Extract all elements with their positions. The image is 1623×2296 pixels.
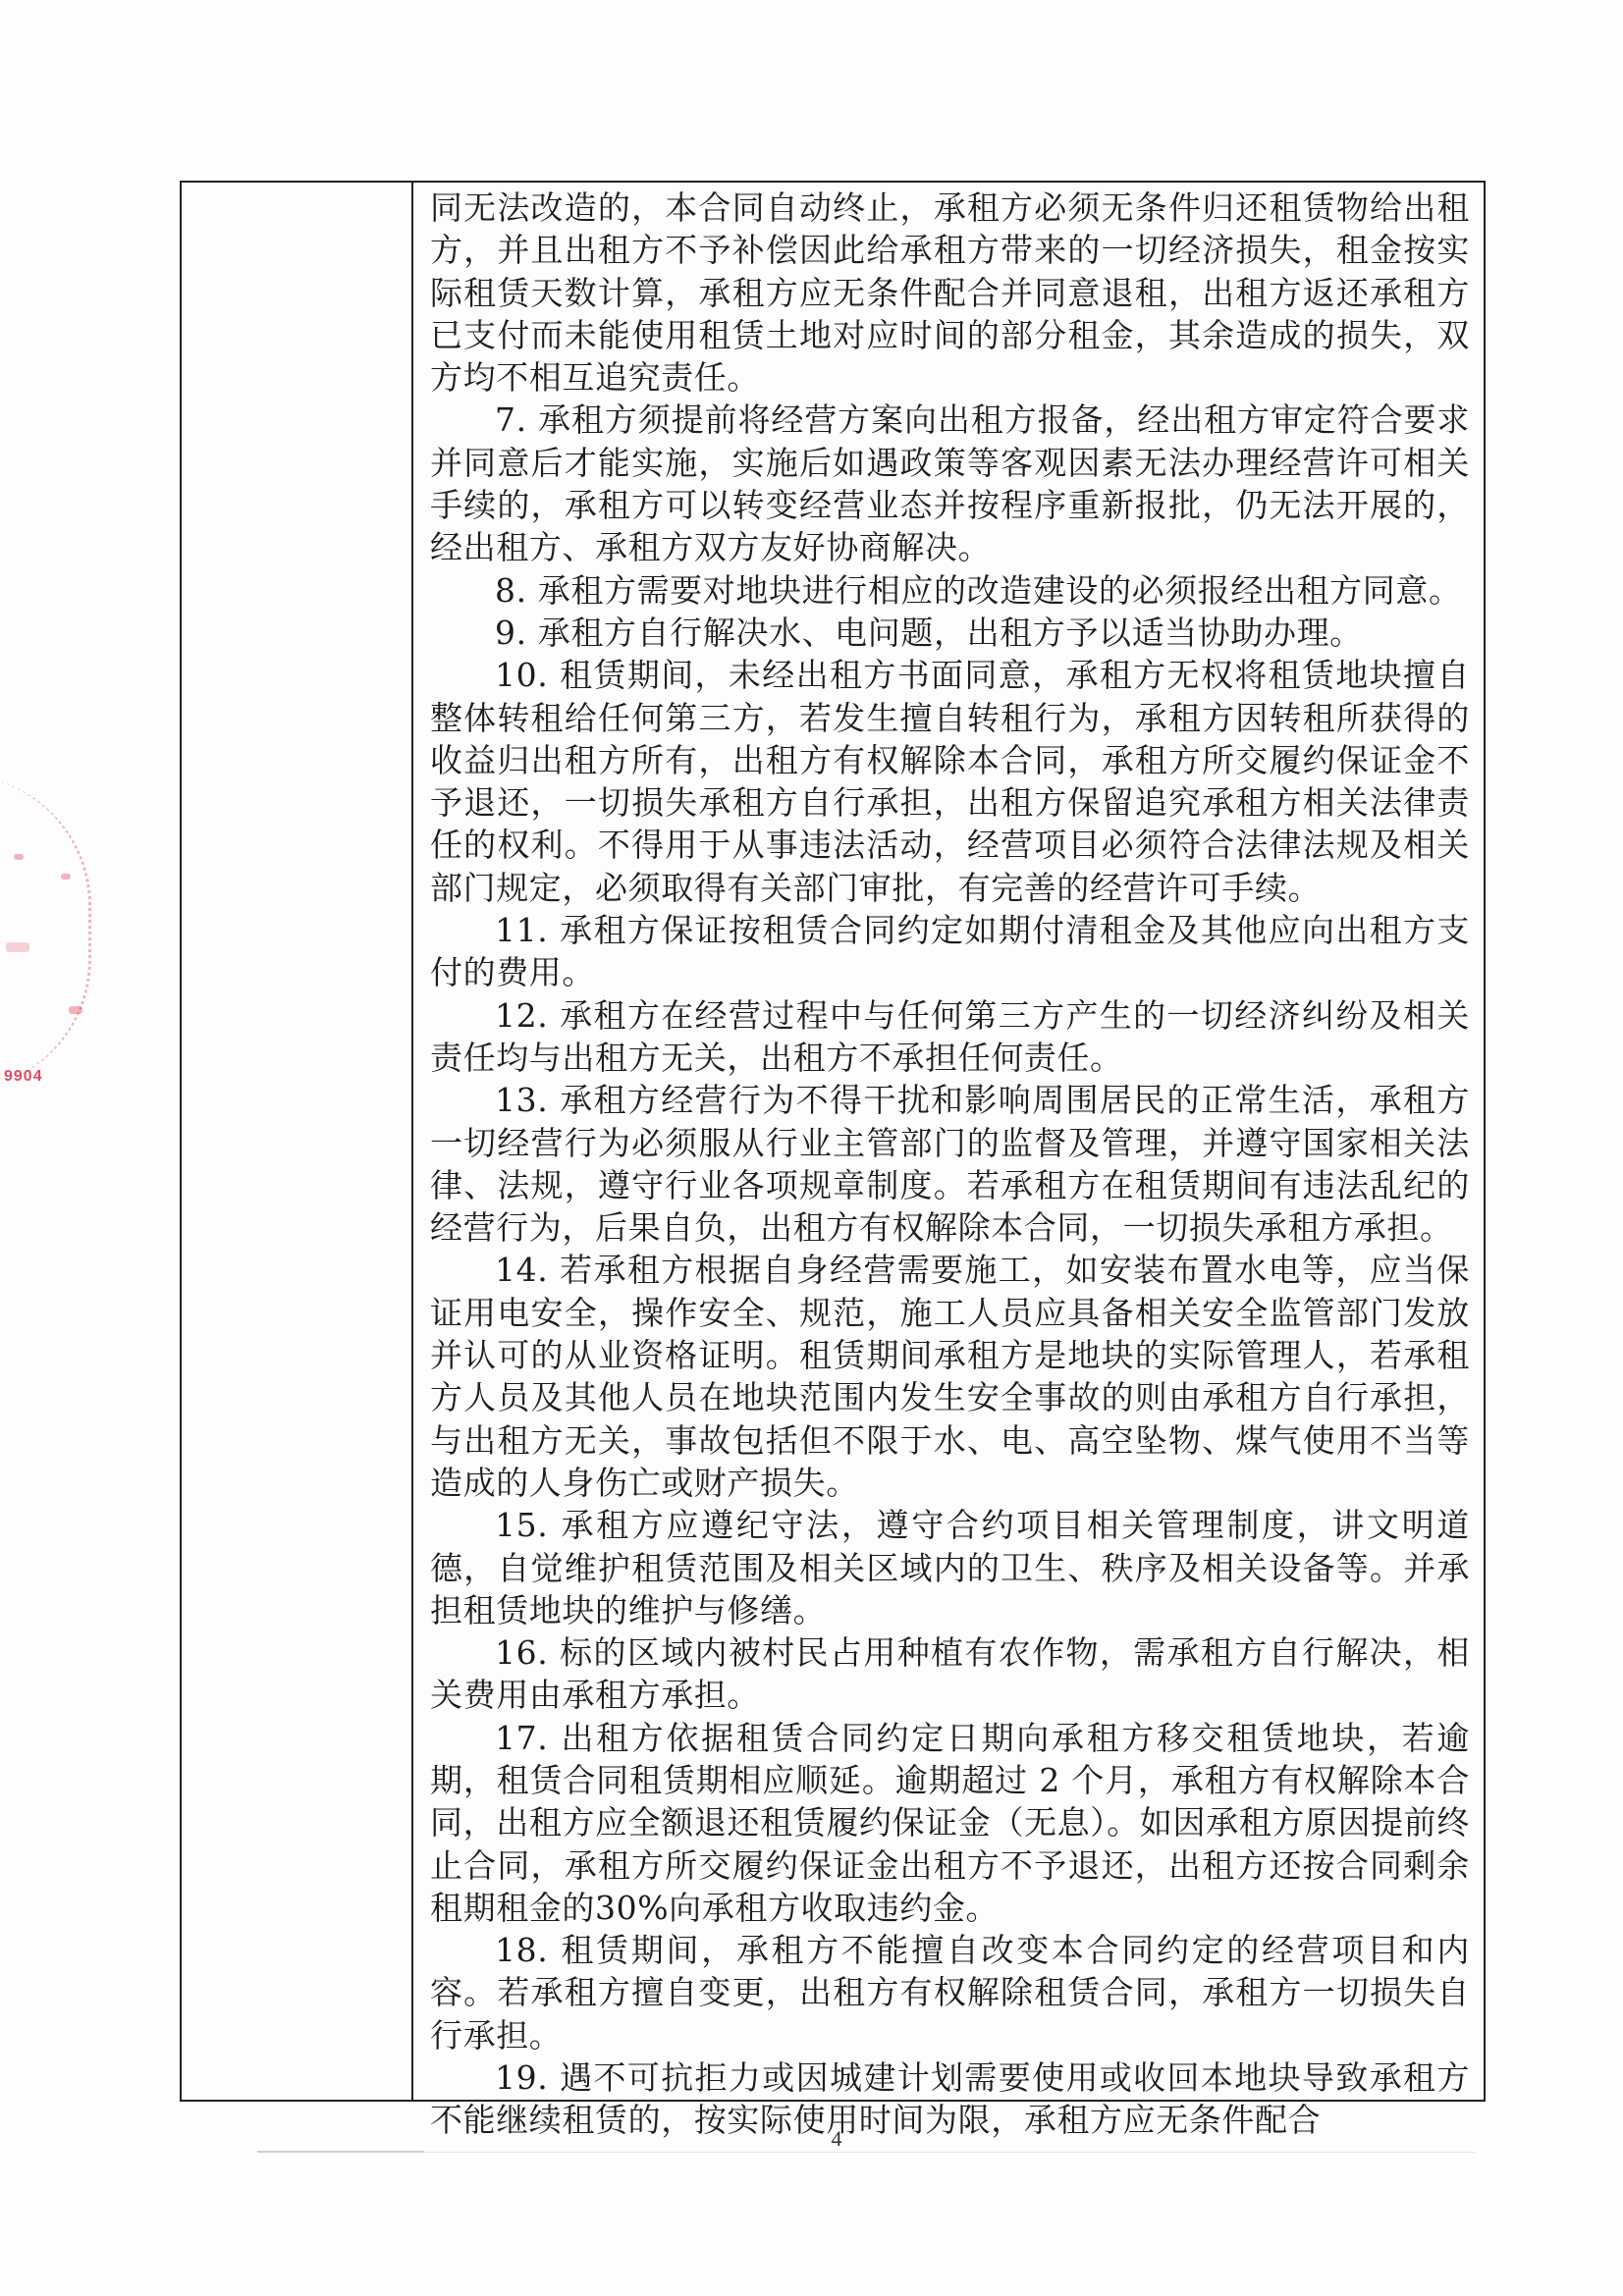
seal-stamp-fragment: [6, 942, 29, 952]
page-number: 4: [825, 2126, 848, 2152]
clause-15: 15. 承租方应遵纪守法，遵守合约项目相关管理制度，讲文明道德，自觉维护租赁范围…: [430, 1504, 1470, 1631]
clause-14: 14. 若承租方根据自身经营需要施工，如安装布置水电等，应当保证用电安全，操作安…: [430, 1249, 1470, 1504]
clause-12: 12. 承租方在经营过程中与任何第三方产生的一切经济纠纷及相关责任均与出租方无关…: [430, 994, 1470, 1080]
clause-19: 19. 遇不可抗拒力或因城建计划需要使用或收回本地块导致承租方不能继续租赁的，按…: [430, 2056, 1470, 2142]
clause-7: 7. 承租方须提前将经营方案向出租方报备，经出租方审定符合要求并同意后才能实施，…: [430, 399, 1470, 568]
seal-stamp-fragment: [14, 854, 24, 860]
table-content-column: 同无法改造的，本合同自动终止，承租方必须无条件归还租赁物给出租方，并且出租方不予…: [413, 183, 1484, 2100]
contract-table: 同无法改造的，本合同自动终止，承租方必须无条件归还租赁物给出租方，并且出租方不予…: [180, 181, 1486, 2102]
seal-stamp-digits: 9904: [4, 1068, 43, 1086]
clause-18: 18. 租赁期间，承租方不能擅自改变本合同约定的经营项目和内容。若承租方擅自变更…: [430, 1929, 1470, 2056]
clause-11: 11. 承租方保证按租赁合同约定如期付清租金及其他应向出租方支付的费用。: [430, 909, 1470, 994]
intro-paragraph: 同无法改造的，本合同自动终止，承租方必须无条件归还租赁物给出租方，并且出租方不予…: [430, 187, 1470, 399]
document-page: 9904 同无法改造的，本合同自动终止，承租方必须无条件归还租赁物给出租方，并且…: [0, 0, 1623, 2296]
seal-stamp-fragment: [69, 1006, 82, 1014]
clause-16: 16. 标的区域内被村民占用种植有农作物，需承租方自行解决，相关费用由承租方承担…: [430, 1631, 1470, 1717]
clause-10: 10. 租赁期间，未经出租方书面同意，承租方无权将租赁地块擅自整体转租给任何第三…: [430, 654, 1470, 909]
table-label-column: [182, 183, 413, 2100]
seal-stamp: [0, 775, 91, 1090]
clause-17: 17. 出租方依据租赁合同约定日期向承租方移交租赁地块，若逾期，租赁合同租赁期相…: [430, 1717, 1470, 1929]
clause-13: 13. 承租方经营行为不得干扰和影响周围居民的正常生活，承租方一切经营行为必须服…: [430, 1079, 1470, 1249]
footer-rule: [257, 2152, 1475, 2153]
footer-rule-segment: [257, 2151, 424, 2153]
clause-8: 8. 承租方需要对地块进行相应的改造建设的必须报经出租方同意。: [430, 569, 1470, 612]
seal-stamp-fragment: [61, 874, 71, 880]
clause-9: 9. 承租方自行解决水、电问题，出租方予以适当协助办理。: [430, 612, 1470, 654]
